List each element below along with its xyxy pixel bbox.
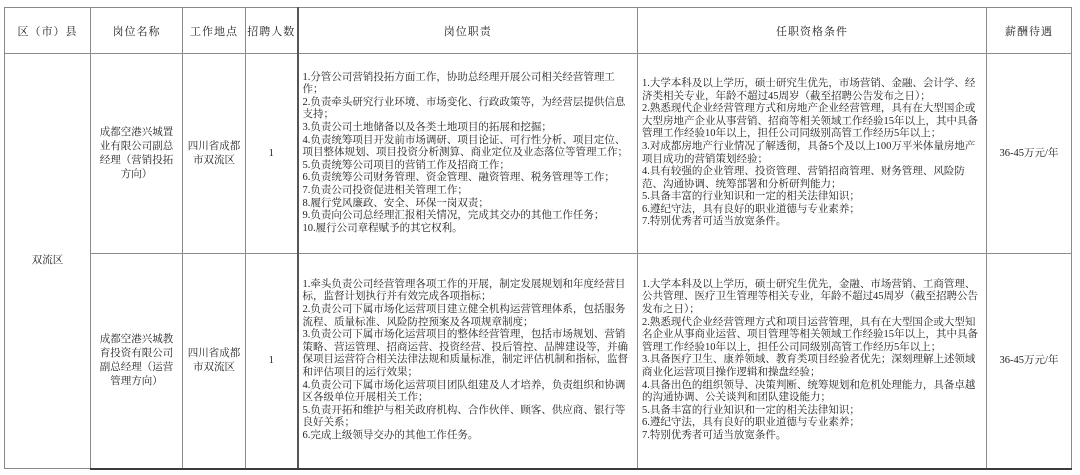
- qualifications-cell-row1: 1.大学本科及以上学历，硕士研究生优先，市场营销、金融、会计学、经济类相关专业，…: [638, 54, 987, 254]
- salary-cell-row2: 36-45万元/年: [987, 254, 1072, 469]
- recruitment-table-page: 区（市）县 岗位名称 工作地点 招聘人数 岗位职责 任职资格条件 薪酬待遇 双流…: [0, 0, 1080, 475]
- qualifications-cell-row2: 1.大学本科及以上学历，硕士研究生优先，金融、市场营销、工商管理、公共管理、医疗…: [638, 254, 987, 469]
- position-cell-row1: 成都空港兴城置业有限公司副总经理（营销投拓方向）: [91, 54, 183, 254]
- headcount-cell-row2: 1: [246, 254, 298, 469]
- location-cell-row2: 四川省成都市双流区: [183, 254, 246, 469]
- responsibilities-cell-row1: 1.分管公司营销投拓方面工作，协助总经理开展公司相关经营管理工作；2.负责牵头研…: [298, 54, 638, 254]
- header-qualifications: 任职资格条件: [638, 8, 987, 54]
- header-district: 区（市）县: [5, 8, 91, 54]
- header-headcount: 招聘人数: [246, 8, 298, 54]
- header-position: 岗位名称: [91, 8, 183, 54]
- header-responsibilities: 岗位职责: [298, 8, 638, 54]
- salary-cell-row1: 36-45万元/年: [987, 54, 1072, 254]
- job-row-operations: 成都空港兴城教育投资有限公司副总经理（运营管理方向） 四川省成都市双流区 1 1…: [5, 254, 1072, 469]
- header-location: 工作地点: [183, 8, 246, 54]
- header-row: 区（市）县 岗位名称 工作地点 招聘人数 岗位职责 任职资格条件 薪酬待遇: [5, 8, 1072, 54]
- headcount-cell-row1: 1: [246, 54, 298, 254]
- location-cell-row1: 四川省成都市双流区: [183, 54, 246, 254]
- job-row-marketing: 双流区 成都空港兴城置业有限公司副总经理（营销投拓方向） 四川省成都市双流区 1…: [5, 54, 1072, 254]
- position-cell-row2: 成都空港兴城教育投资有限公司副总经理（运营管理方向）: [91, 254, 183, 469]
- header-salary: 薪酬待遇: [987, 8, 1072, 54]
- district-cell: 双流区: [5, 54, 91, 469]
- responsibilities-cell-row2: 1.牵头负责公司经营管理各项工作的开展，制定发展规划和年度经营目标，监督计划执行…: [298, 254, 638, 469]
- recruitment-table: 区（市）县 岗位名称 工作地点 招聘人数 岗位职责 任职资格条件 薪酬待遇 双流…: [4, 7, 1072, 470]
